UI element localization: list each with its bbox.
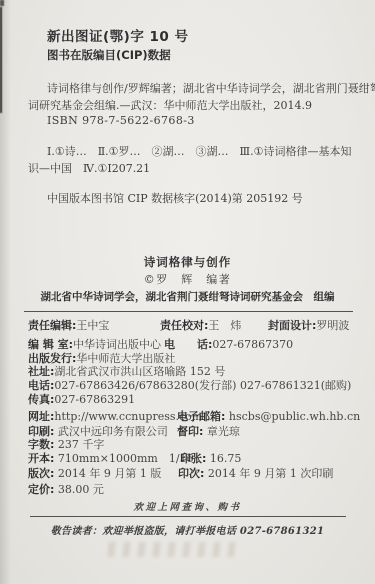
- colophon-row-edition: 版次: 2014 年 9 月第 1 版 印次: 2014 年 9 月第 1 次印…: [28, 465, 363, 480]
- cip-classification-line1: Ⅰ.①诗… Ⅱ.①罗… ②湖… ③湖… Ⅲ.①诗词格律—基本知: [47, 143, 352, 159]
- colophon-row-fax: 传真:027-67863291: [28, 391, 363, 406]
- cip-description-line1: 诗词格律与创作/罗辉编著；湖北省中华诗词学会，湖北省荆门聂绀弩诗: [47, 80, 375, 96]
- colophon-row-phone: 电话:027-67863426/67863280(发行部) 027-678613…: [28, 377, 363, 392]
- scan-edge-artifact: [0, 7, 2, 113]
- publishing-permit-number: 新出图证(鄂)字 10 号: [47, 25, 189, 45]
- colophon-cell: 定价: 38.00 元: [28, 481, 104, 497]
- colophon-cell: 责任编辑:王中宝: [28, 317, 109, 333]
- cip-record-number: 中国版本图书馆 CIP 数据核字(2014)第 205192 号: [47, 190, 303, 206]
- isbn-number: ISBN 978-7-5622-6768-3: [47, 114, 195, 127]
- divider-rule-bottom: [30, 516, 346, 517]
- colophon-cell: 传真:027-67863291: [28, 391, 135, 407]
- colophon-row-price: 定价: 38.00 元: [28, 481, 363, 496]
- colophon-cell: 电子邮箱: hscbs@public.wh.hb.cn: [177, 408, 360, 424]
- scan-edge-artifact: [0, 0, 4, 6]
- colophon-row-address: 社址:湖北省武汉市洪山区珞喻路 152 号: [28, 363, 363, 378]
- cip-data-heading: 图书在版编目(CIP)数据: [47, 47, 171, 63]
- colophon-cell: 版次: 2014 年 9 月第 1 版: [28, 465, 161, 481]
- colophon-row-format: 开本: 710mm×1000mm 1/16 印张: 16.75: [28, 450, 363, 465]
- colophon-row-editors: 责任编辑:王中宝 责任校对:王 炜 封面设计:罗明波: [28, 317, 363, 332]
- colophon-cell: 印张: 16.75: [180, 450, 241, 466]
- cip-classification-line2: 识—中国 Ⅳ.①I207.21: [28, 160, 150, 176]
- colophon-cell: 开本: 710mm×1000mm 1/16: [28, 450, 194, 466]
- colophon-cell: 封面设计:罗明波: [268, 317, 349, 333]
- divider-rule-top: [24, 311, 353, 312]
- colophon-row-website-email: 网址:http://www.ccnupress.com 电子邮箱: hscbs@…: [28, 408, 363, 423]
- copyright-page: 新出图证(鄂)字 10 号 图书在版编目(CIP)数据 诗词格律与创作/罗辉编著…: [0, 0, 375, 584]
- colophon-cell: 责任校对:王 炜: [160, 317, 241, 333]
- colophon-row-word-count: 字数: 237 千字: [28, 436, 363, 451]
- online-purchase-promo: 欢迎上网查询、购书: [0, 499, 375, 513]
- book-title: 诗词格律与创作: [0, 254, 375, 270]
- ink-bleed-artifact: [107, 542, 241, 557]
- piracy-report-notice: 敬告读者：欢迎举报盗版，请打举报电话 027-67861321: [0, 522, 375, 537]
- organizer-line: 湖北省中华诗词学会，湖北省荆门聂绀弩诗词研究基金会 组编: [0, 289, 375, 304]
- cip-description-line2: 词研究基金会组编.—武汉：华中师范大学出版社，2014.9: [28, 97, 312, 113]
- colophon-cell: 印次: 2014 年 9 月第 1 次印刷: [178, 465, 333, 481]
- colophon-row-editorial-office: 编 辑 室:中华诗词出版中心 电 话:027-67867370: [28, 336, 363, 351]
- author-line: ©罗 辉 编著: [0, 271, 375, 287]
